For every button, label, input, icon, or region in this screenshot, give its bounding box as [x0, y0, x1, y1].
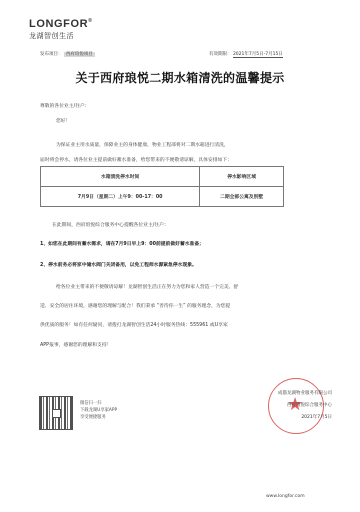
- logo-en: LONGFOR: [29, 18, 88, 30]
- table-cell: 7月9日（星期二）上午9：00-17：00: [41, 187, 200, 207]
- closing-line-2: 适、安全的居住环境，感谢您的理解与配合！我们秉承 “善待你一生” 的服务理念，为…: [40, 302, 230, 309]
- notice-item-1: 1、如您在此期间有蓄水需求，请在7月9日早上9：00前提前做好蓄水准备；: [40, 240, 204, 247]
- signature-dept: 西府琅悦综合服务中心: [246, 400, 332, 412]
- qr-code: [39, 396, 73, 430]
- notice-item-2: 2、停水前务必将家中储水阀门关闭备用，以免工程师水源紧急停水现象。: [40, 261, 197, 268]
- footer-url: www.longfor.com: [266, 494, 305, 499]
- logo-cn: 龙湖智创生活: [29, 31, 93, 41]
- salutation: 您好！: [56, 117, 70, 124]
- closing-line-1: 给各位业主带来的不便敬请谅解！龙湖智创生活正在努力为您和家人营造一个完美、舒: [56, 283, 238, 290]
- table-row: 7月9日（星期二）上午9：00-17：00 二期全部公寓及别墅: [41, 187, 284, 207]
- project-label: 发布项目：: [40, 52, 63, 57]
- schedule-table: 水箱清洗停水时间 停水影响区域 7月9日（星期二）上午9：00-17：00 二期…: [40, 166, 284, 207]
- logo-mark: ®: [88, 18, 92, 24]
- table-cell: 二期全部公寓及别墅: [200, 187, 284, 207]
- closing-line-4: APP报事，感谢您的理解和支持！: [40, 341, 111, 348]
- notice-intro: 在此期间，西府琅悦综合服务中心提醒各位业主/住户：: [52, 221, 169, 228]
- signature-company: 成都龙湖物业服务有限公司: [246, 388, 332, 400]
- project-value: 西府琅悦项目: [64, 52, 95, 57]
- period-meta: 有效期限： 2021年7月5日-7月15日: [209, 51, 283, 57]
- signature-date: 2021年7月5日: [246, 412, 332, 424]
- project-meta: 发布项目： 西府琅悦项目: [40, 51, 95, 57]
- greeting: 尊敬的各位业主/住户：: [40, 102, 90, 109]
- period-label: 有效期限：: [209, 52, 232, 57]
- signature: 成都龙湖物业服务有限公司 西府琅悦综合服务中心 2021年7月5日: [246, 388, 332, 424]
- document-title: 关于西府琅悦二期水箱清洗的温馨提示: [0, 69, 360, 86]
- period-value: 2021年7月5日-7月15日: [233, 52, 283, 58]
- table-header: 水箱清洗停水时间: [41, 167, 200, 187]
- intro-line-1: 为保证业主用水质量，保障业主的身体健康，物业工程部将对二期水箱进行清洗，: [56, 141, 229, 148]
- qr-caption: 微信扫一扫 下载龙湖U享家APP 享受便捷服务: [80, 400, 117, 421]
- longfor-logo: LONGFOR® 龙湖智创生活: [29, 18, 93, 41]
- table-header: 停水影响区域: [200, 167, 284, 187]
- table-header-row: 水箱清洗停水时间 停水影响区域: [41, 167, 284, 187]
- intro-line-2: 届时将会停水，请各位业主提前做好蓄水准备，给您带来的不便敬请谅解，具体安排如下：: [40, 156, 232, 163]
- closing-line-3: 供优质的服务！如有任何疑问，请拨打龙湖智创生活24小时服务热线：555961 或…: [40, 321, 228, 328]
